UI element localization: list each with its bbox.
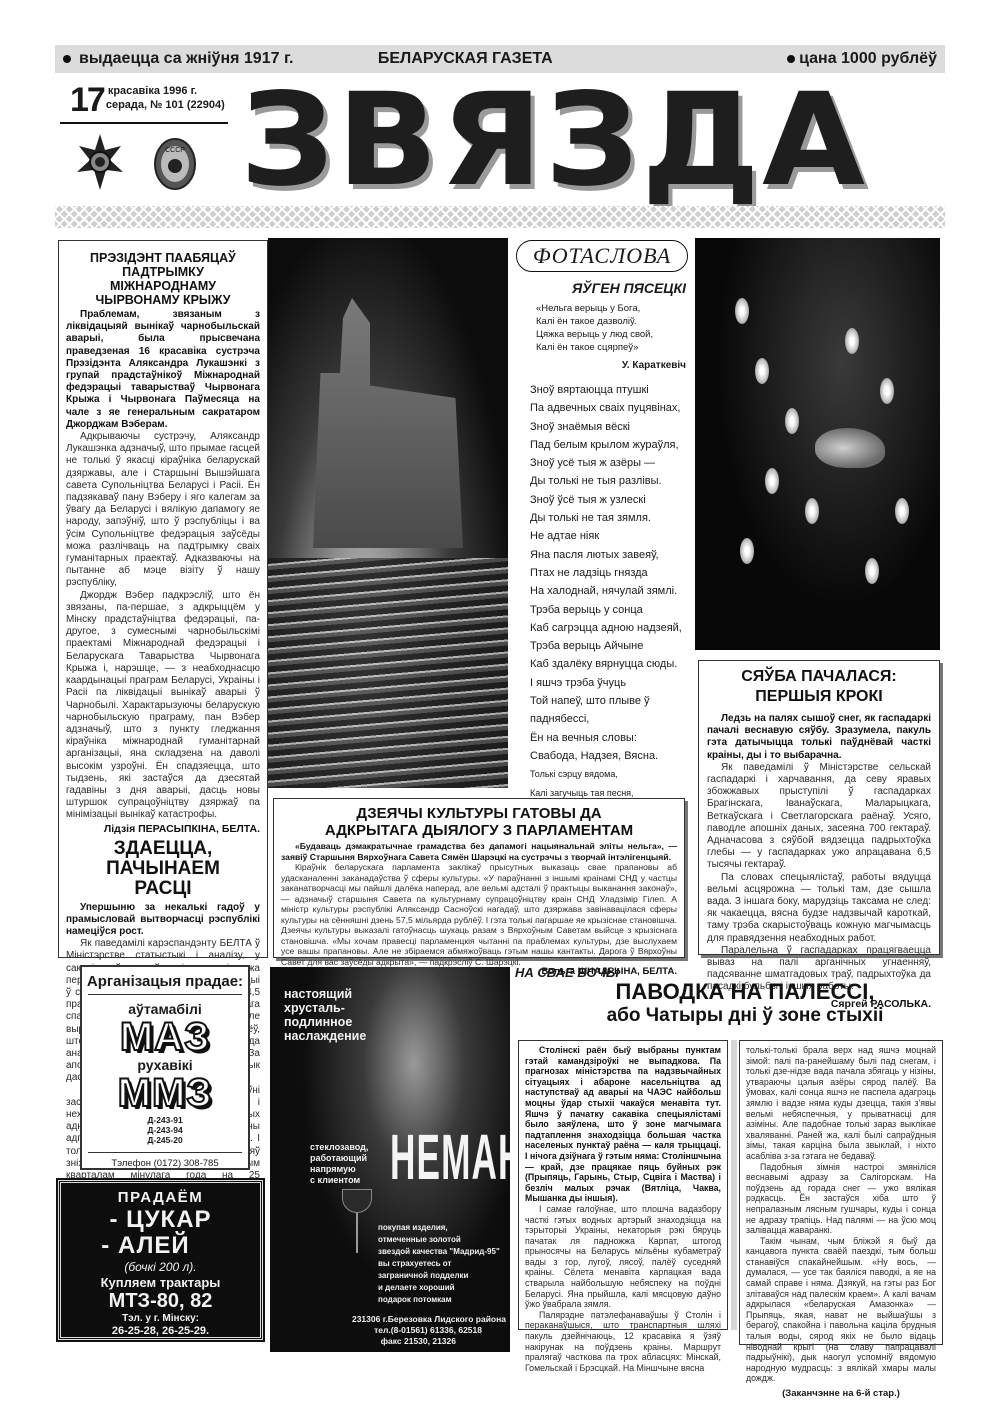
castle-shape — [313, 298, 463, 548]
paragraph: І самае галоўнае, што плошча вадазбору ч… — [525, 1204, 721, 1310]
bird-shape — [815, 428, 885, 468]
castle-photo — [268, 238, 508, 788]
flood-column-1: Столінскі раён быў выбраны пунктам гэтай… — [518, 1040, 728, 1330]
continued-link[interactable]: (Заканчэнне на 6-й стар.) — [746, 1388, 936, 1399]
lead: Праблемам, звязаным з ліквідацыяй выніка… — [66, 309, 260, 431]
lead: Ледзь на палях сышоў снег, як гаспадаркі… — [707, 713, 931, 762]
divider — [88, 1152, 242, 1153]
ornament-band — [55, 206, 945, 228]
article-president: ПРЭЗІДЭНТ ПААБЯЦАЎ ПАДТРЫМКУ МІЖНАРОДНАМ… — [58, 240, 268, 958]
article-flood: НА СВАЕ ВОЧЫ ПАВОДКА НА ПАЛЕССІ, або Чат… — [515, 965, 945, 1385]
phone: Тэлефон (0172) 308-785 — [82, 1158, 248, 1169]
ad-title: Арганізацыя прадае: — [82, 973, 248, 990]
newspaper-title: ЗВЯЗДА — [240, 86, 973, 196]
headline: ЗДАЕЦЦА, ПАЧЫНАЕМ РАСЦІ — [78, 839, 248, 899]
since-text: выдаецца са жніўня 1917 г. — [79, 50, 293, 67]
poem: Зноў вяртаюцца птушкі Па адвечных сваіх … — [512, 381, 692, 765]
price-text: цана 1000 рублёў — [799, 50, 937, 67]
lead: «Будаваць дэмакратычнае грамадства без д… — [281, 841, 677, 862]
epigraph-author: У. Караткевіч — [512, 360, 686, 371]
brand-maz: МАЗ — [82, 1017, 248, 1057]
svg-text:СССР: СССР — [165, 147, 185, 154]
paragraph: Палярэдне патэлефанаваўшы ў Столін і пер… — [525, 1310, 721, 1374]
issue-number: серада, № 101 (22904) — [106, 98, 225, 112]
issue-date: 17 красавіка 1996 г. серада, № 101 (2290… — [70, 82, 230, 122]
rubric-badge: ФОТАСЛОВА — [516, 240, 688, 272]
brand-mmz: ММЗ — [82, 1073, 248, 1113]
subheadline: або Чатыры дні ў зоне стыхіі — [545, 1004, 945, 1028]
slogan: настоящий хрусталь- подлинное наслаждени… — [284, 987, 366, 1043]
paragraph: Як паведамілі ў Міністэрстве сельскай га… — [707, 762, 931, 872]
ad-sugar: ПРАДАЁМ - ЦУКАР - АЛЕЙ (бочкі 200 л). Ку… — [58, 1180, 263, 1340]
ad-maz: Арганізацыя прадае: аўтамабілі МАЗ рухав… — [80, 965, 250, 1170]
sub-slogan: стеклозавод, работающий напрямую с клиен… — [310, 1142, 368, 1186]
issue-day: 17 — [70, 82, 104, 118]
phone: 26-25-28, 26-25-29. — [61, 1325, 260, 1338]
article-culture: ДЗЕЯЧЫ КУЛЬТУРЫ ГАТОВЫ ДА АДКРЫТАГА ДЫЯЛ… — [273, 798, 685, 958]
willow-bird-photo — [695, 238, 940, 650]
paragraph: толькі-толькі брала верх над яшчэ моцнай… — [746, 1045, 936, 1162]
brand: НЕМАН — [390, 1122, 510, 1192]
paragraph: Джордж Вэбер падкрэсліў, што ён звязаны,… — [66, 590, 260, 822]
ad-neman: настоящий хрусталь- подлинное наслаждени… — [270, 967, 510, 1352]
rubric: НА СВАЕ ВОЧЫ — [515, 965, 945, 980]
byline: Лідзія ПЕРАСЫПКІНА, БЕЛТА. — [66, 823, 260, 835]
flood-column-2: толькі-толькі брала верх над яшчэ моцнай… — [739, 1040, 943, 1345]
author: ЯЎГЕН ПЯСЕЦКІ — [512, 280, 686, 296]
bullet-icon — [787, 55, 795, 63]
fotaslova-section: ФОТАСЛОВА ЯЎГЕН ПЯСЕЦКІ «Нельга верыць у… — [512, 240, 692, 795]
offer-text: покупая изделия, отмеченные золотой звез… — [378, 1222, 500, 1306]
headline: ДЗЕЯЧЫ КУЛЬТУРЫ ГАТОВЫ ДА АДКРЫТАГА ДЫЯЛ… — [321, 805, 637, 839]
article-sowing: СЯЎБА ПАЧАЛАСЯ: ПЕРШЫЯ КРОКІ Ледзь на па… — [698, 660, 940, 955]
divider — [60, 122, 228, 124]
lead: Столінскі раён быў выбраны пунктам гэтай… — [525, 1045, 721, 1204]
paragraph: Адкрываючы сустрэчу, Аляксандр Лукашэнка… — [66, 431, 260, 590]
headline: ПРЭЗІДЭНТ ПААБЯЦАЎ ПАДТРЫМКУ МІЖНАРОДНАМ… — [70, 251, 256, 307]
divider — [88, 994, 242, 995]
body: Кіраўнік беларускага парламента заклікаў… — [281, 862, 677, 967]
paragraph: Падобныя зімнія настроі змяніліся веснав… — [746, 1162, 936, 1236]
headline: СЯЎБА ПАЧАЛАСЯ: ПЕРШЫЯ КРОКІ — [721, 667, 917, 707]
lead: Упершыню за некалькі гадоў у прамысловай… — [66, 902, 260, 939]
bullet-icon — [63, 55, 71, 63]
water-reflection — [268, 558, 508, 788]
epigraph: «Нельга верыць у Бога, Калі ён такое даз… — [512, 302, 692, 354]
headline: ПАВОДКА НА ПАЛЕССІ, — [545, 980, 945, 1004]
model-list: Д-243-91 Д-243-94 Д-245-20 — [82, 1115, 248, 1145]
paragraph: Па словах спецыялістаў, работы вядуцца в… — [707, 872, 931, 945]
contacts: 231306 г.Березовка Лидского района тел.(… — [270, 1314, 506, 1347]
order-star-icon — [75, 132, 125, 192]
issue-month-year: красавіка 1996 г. — [106, 84, 225, 98]
glass-shape — [342, 1189, 372, 1213]
paragraph: Такім чынам, чым бліжэй я быў да канцаво… — [746, 1236, 936, 1384]
order-lenin-icon: СССР — [150, 132, 200, 192]
